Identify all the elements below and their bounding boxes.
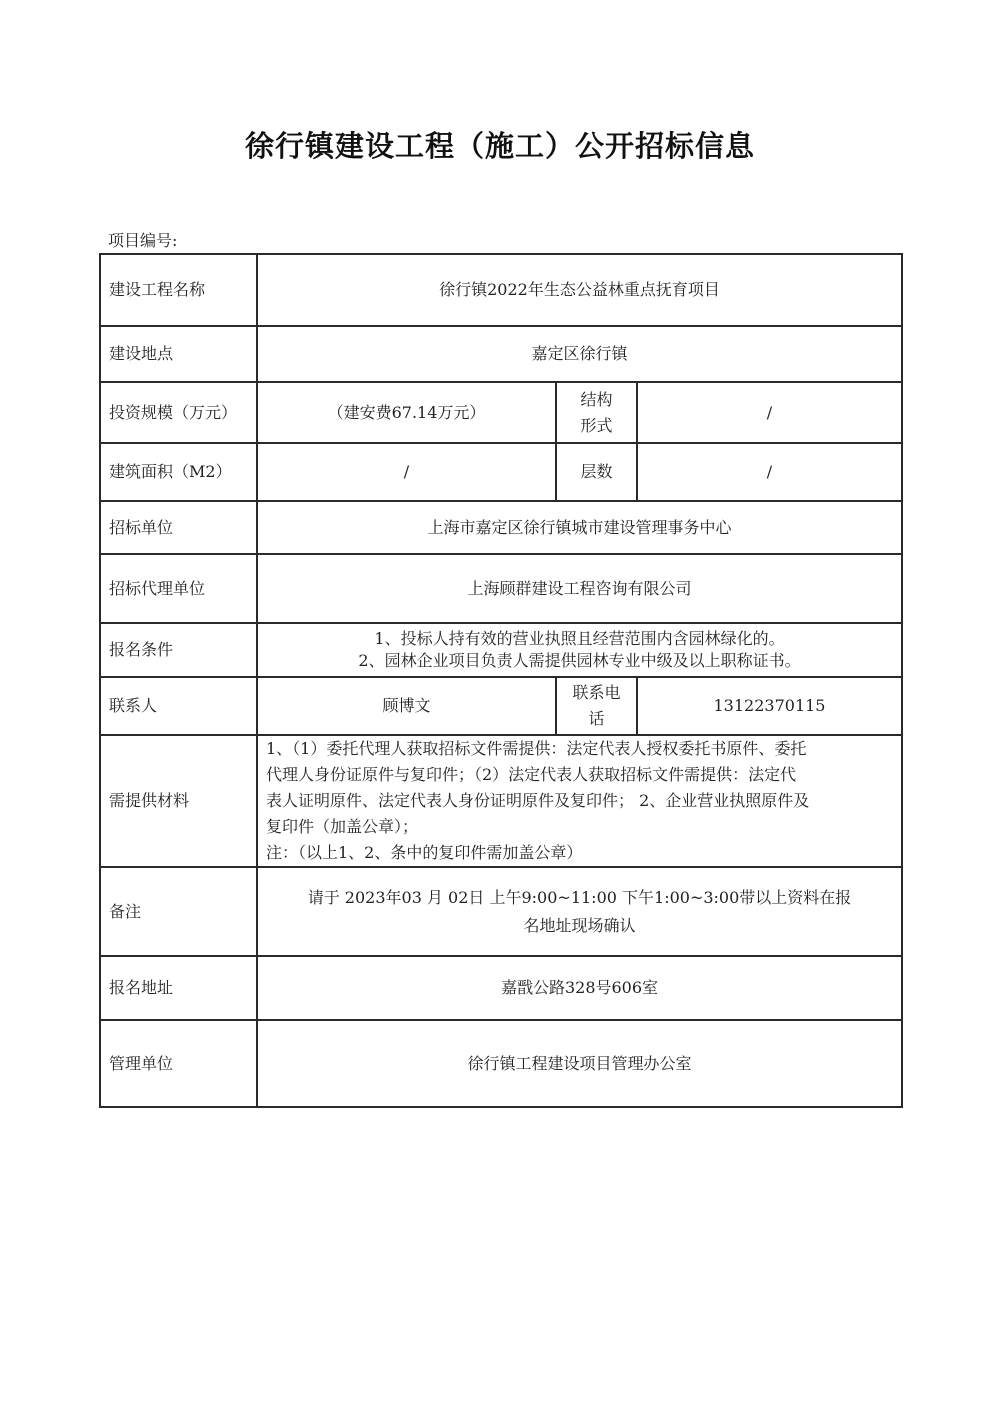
area-label: 建筑面积（M2） bbox=[100, 443, 257, 501]
conditions-label: 报名条件 bbox=[100, 623, 257, 677]
condition-line-2: 2、园林企业项目负责人需提供园林专业中级及以上职称证书。 bbox=[266, 650, 893, 672]
tender-info-table: 建设工程名称 徐行镇2022年生态公益林重点抚育项目 建设地点 嘉定区徐行镇 投… bbox=[99, 253, 903, 1108]
materials-value: 1、（1）委托代理人获取招标文件需提供：法定代表人授权委托书原件、委托 代理人身… bbox=[257, 735, 902, 867]
row-materials: 需提供材料 1、（1）委托代理人获取招标文件需提供：法定代表人授权委托书原件、委… bbox=[100, 735, 902, 867]
project-number-label: 项目编号: bbox=[108, 228, 177, 251]
address-label: 报名地址 bbox=[100, 956, 257, 1020]
investment-value: （建安费67.14万元） bbox=[257, 382, 556, 443]
structure-type-label: 结构 形式 bbox=[556, 382, 637, 443]
row-investment: 投资规模（万元） （建安费67.14万元） 结构 形式 / bbox=[100, 382, 902, 443]
materials-line-5: 注：（以上1、2、条中的复印件需加盖公章） bbox=[266, 840, 897, 866]
phone-label: 联系电 话 bbox=[556, 677, 637, 735]
remarks-value: 请于 2023年03 月 02日 上午9:00~11:00 下午1:00~3:0… bbox=[257, 867, 902, 956]
row-conditions: 报名条件 1、投标人持有效的营业执照且经营范围内含园林绿化的。 2、园林企业项目… bbox=[100, 623, 902, 677]
remarks-line-1: 请于 2023年03 月 02日 上午9:00~11:00 下午1:00~3:0… bbox=[266, 884, 893, 912]
area-value: / bbox=[257, 443, 556, 501]
remarks-line-2: 名地址现场确认 bbox=[266, 912, 893, 940]
tenderer-label: 招标单位 bbox=[100, 501, 257, 554]
row-remarks: 备注 请于 2023年03 月 02日 上午9:00~11:00 下午1:00~… bbox=[100, 867, 902, 956]
structure-type-label-line2: 形式 bbox=[561, 413, 632, 439]
conditions-value: 1、投标人持有效的营业执照且经营范围内含园林绿化的。 2、园林企业项目负责人需提… bbox=[257, 623, 902, 677]
contact-label: 联系人 bbox=[100, 677, 257, 735]
row-address: 报名地址 嘉戬公路328号606室 bbox=[100, 956, 902, 1020]
floors-label: 层数 bbox=[556, 443, 637, 501]
row-project-name: 建设工程名称 徐行镇2022年生态公益林重点抚育项目 bbox=[100, 254, 902, 326]
row-contact: 联系人 顾博文 联系电 话 13122370115 bbox=[100, 677, 902, 735]
agent-label: 招标代理单位 bbox=[100, 554, 257, 623]
structure-type-label-line1: 结构 bbox=[561, 387, 632, 413]
row-location: 建设地点 嘉定区徐行镇 bbox=[100, 326, 902, 382]
project-name-label: 建设工程名称 bbox=[100, 254, 257, 326]
management-label: 管理单位 bbox=[100, 1020, 257, 1107]
row-tenderer: 招标单位 上海市嘉定区徐行镇城市建设管理事务中心 bbox=[100, 501, 902, 554]
address-value: 嘉戬公路328号606室 bbox=[257, 956, 902, 1020]
location-value: 嘉定区徐行镇 bbox=[257, 326, 902, 382]
agent-value: 上海顾群建设工程咨询有限公司 bbox=[257, 554, 902, 623]
location-label: 建设地点 bbox=[100, 326, 257, 382]
row-agent: 招标代理单位 上海顾群建设工程咨询有限公司 bbox=[100, 554, 902, 623]
materials-label: 需提供材料 bbox=[100, 735, 257, 867]
contact-value: 顾博文 bbox=[257, 677, 556, 735]
tenderer-value: 上海市嘉定区徐行镇城市建设管理事务中心 bbox=[257, 501, 902, 554]
row-area: 建筑面积（M2） / 层数 / bbox=[100, 443, 902, 501]
phone-label-line2: 话 bbox=[561, 706, 632, 732]
structure-type-value: / bbox=[637, 382, 902, 443]
row-management: 管理单位 徐行镇工程建设项目管理办公室 bbox=[100, 1020, 902, 1107]
project-name-value: 徐行镇2022年生态公益林重点抚育项目 bbox=[257, 254, 902, 326]
materials-line-4: 复印件（加盖公章）； bbox=[266, 814, 897, 840]
investment-label: 投资规模（万元） bbox=[100, 382, 257, 443]
phone-label-line1: 联系电 bbox=[561, 680, 632, 706]
materials-line-3: 表人证明原件、法定代表人身份证明原件及复印件； 2、企业营业执照原件及 bbox=[266, 788, 897, 814]
phone-value: 13122370115 bbox=[637, 677, 902, 735]
materials-line-1: 1、（1）委托代理人获取招标文件需提供：法定代表人授权委托书原件、委托 bbox=[266, 736, 897, 762]
materials-line-2: 代理人身份证原件与复印件；（2）法定代表人获取招标文件需提供：法定代 bbox=[266, 762, 897, 788]
floors-value: / bbox=[637, 443, 902, 501]
condition-line-1: 1、投标人持有效的营业执照且经营范围内含园林绿化的。 bbox=[266, 628, 893, 650]
management-value: 徐行镇工程建设项目管理办公室 bbox=[257, 1020, 902, 1107]
document-title: 徐行镇建设工程（施工）公开招标信息 bbox=[0, 124, 1000, 165]
remarks-label: 备注 bbox=[100, 867, 257, 956]
